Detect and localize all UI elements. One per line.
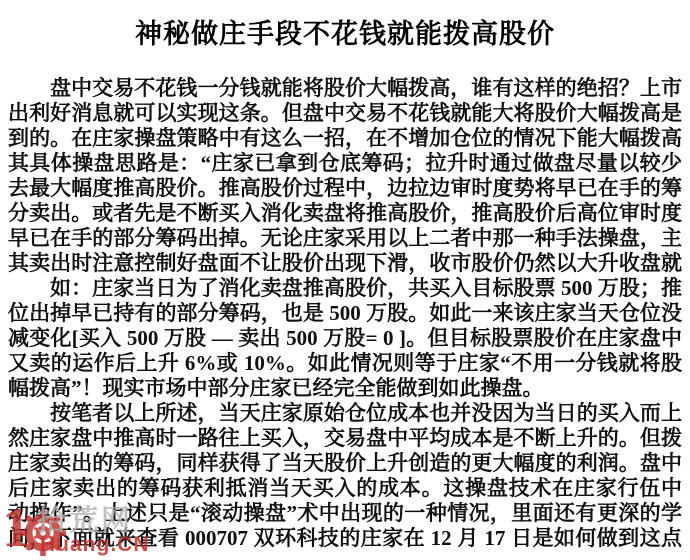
text-line: 动操作”。上述只是“滚动操盘”术中出现的一种情况，里面还有更深的学 xyxy=(8,501,682,526)
text-line: 后庄家卖出的筹码获利抵消当天买入的成本。这操盘技术在庄家行伍中叫“滚 xyxy=(8,476,682,501)
paragraph-1: 盘中交易不花钱一分钱就能将股价大幅拨高，谁有这样的绝招？上市公司放 出利好消息就… xyxy=(8,76,682,276)
paragraph-3: 按笔者以上所述，当天庄家原始仓位成本也并没因为当日的买入而上升。虽 然庄家盘中推… xyxy=(8,401,682,551)
text-line: 早已在手的部分筹码出掉。无论庄家采用以上二者中那一种手法操盘，主要在 xyxy=(8,226,682,251)
text-line: 减变化[买入 500 万股 — 卖出 500 万股= 0 ]。但目标股票股价在庄… xyxy=(8,326,682,351)
text-line: 去最大幅度推高股价。推高股价过程中，边拉边审时度势将早已在手的筹码部 xyxy=(8,176,682,201)
document-page: { "page": { "title": "神秘做庄手段不花钱就能拨高股价" }… xyxy=(0,0,690,560)
text-line: 如：庄家当日为了消化卖盘推高股价，共买入目标股票 500 万股；推高后高 xyxy=(8,276,682,301)
page-title: 神秘做庄手段不花钱就能拨高股价 xyxy=(0,12,690,51)
text-line: 其具体操盘思路是：“庄家已拿到仓底筹码；拉升时通过做盘尽量以较少的买入 xyxy=(8,151,682,176)
text-line: 分卖出。或者先是不断买入消化卖盘将推高股价，推高股价后高位审时度势将 xyxy=(8,201,682,226)
text-line: 按笔者以上所述，当天庄家原始仓位成本也并没因为当日的买入而上升。虽 xyxy=(8,401,682,426)
text-line: 其卖出时注意控制好盘面不让股价出现下滑，收市股价仍然以大升收盘就行。” xyxy=(8,251,682,276)
paragraph-2: 如：庄家当日为了消化卖盘推高股价，共买入目标股票 500 万股；推高后高 位出掉… xyxy=(8,276,682,401)
text-line: 到的。在庄家操盘策略中有这么一招，在不增加仓位的情况下能大幅拨高股价。 xyxy=(8,126,682,151)
article-body: 盘中交易不花钱一分钱就能将股价大幅拨高，谁有这样的绝招？上市公司放 出利好消息就… xyxy=(8,76,682,551)
text-line: 出利好消息就可以实现这条。但盘中交易不花钱就能大将股价大幅拨高是做不 xyxy=(8,101,682,126)
text-line: 幅拨高”！现实市场中部分庄家已经完全能做到如此操盘。 xyxy=(8,376,682,401)
text-line: 又卖的运作后上升 6%或 10%。如此情况则等于庄家“不用一分钱就将股价大 xyxy=(8,351,682,376)
text-line: 然庄家盘中推高时一路往上买入，交易盘中平均成本是不断上升的。但拨高后 xyxy=(8,426,682,451)
text-line: 庄家卖出的筹码，同样获得了当天股价上升创造的更大幅度的利润。盘中拨高 xyxy=(8,451,682,476)
text-line: 问，下面就来查看 000707 双环科技的庄家在 12 月 17 日是如何做到这… xyxy=(8,526,682,551)
text-line: 盘中交易不花钱一分钱就能将股价大幅拨高，谁有这样的绝招？上市公司放 xyxy=(8,76,682,101)
text-line: 位出掉早已持有的部分筹码，也是 500 万股。如此一来该庄家当天仓位没有增 xyxy=(8,301,682,326)
